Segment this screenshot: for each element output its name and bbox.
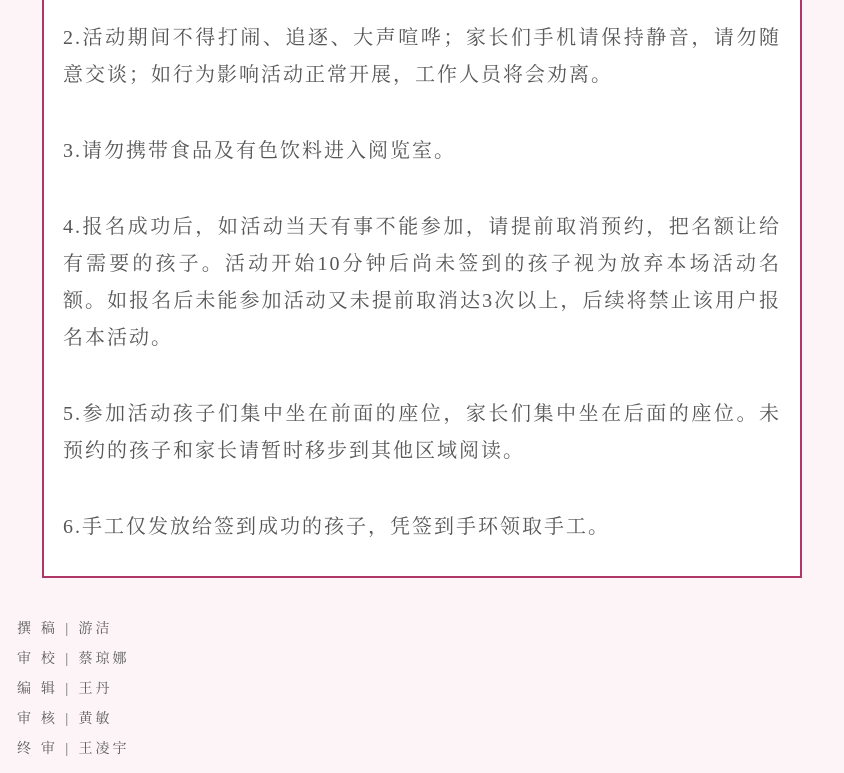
credit-name: 王凌宇 [79,740,130,756]
credit-line-proofreader: 审 校|蔡琼娜 [17,643,130,673]
article-page: 2.活动期间不得打闹、追逐、大声喧哗；家长们手机请保持静音，请勿随意交谈；如行为… [0,0,844,773]
rule-item-4: 4.报名成功后，如活动当天有事不能参加，请提前取消预约，把名额让给有需要的孩子。… [63,209,781,357]
credit-name: 游洁 [79,620,113,636]
credit-separator: | [65,710,72,726]
credit-separator: | [65,650,72,666]
credit-role: 审 校 [17,650,58,666]
credit-name: 黄敏 [79,710,113,726]
credit-line-reviewer: 审 核|黄敏 [17,703,130,733]
rule-item-5: 5.参加活动孩子们集中坐在前面的座位，家长们集中坐在后面的座位。未预约的孩子和家… [63,396,781,470]
credit-separator: | [65,620,72,636]
activity-rules-box: 2.活动期间不得打闹、追逐、大声喧哗；家长们手机请保持静音，请勿随意交谈；如行为… [42,0,802,578]
credit-role: 终 审 [17,740,58,756]
rule-item-2: 2.活动期间不得打闹、追逐、大声喧哗；家长们手机请保持静音，请勿随意交谈；如行为… [63,20,781,94]
rule-item-3: 3.请勿携带食品及有色饮料进入阅览室。 [63,133,781,170]
credit-name: 蔡琼娜 [79,650,130,666]
credit-name: 王丹 [79,680,113,696]
credit-line-final-reviewer: 终 审|王凌宇 [17,733,130,763]
credit-role: 编 辑 [17,680,58,696]
credit-role: 撰 稿 [17,620,58,636]
credit-separator: | [65,740,72,756]
credits-block: 撰 稿|游洁 审 校|蔡琼娜 编 辑|王丹 审 核|黄敏 终 审|王凌宇 [17,613,130,763]
credit-separator: | [65,680,72,696]
credit-role: 审 核 [17,710,58,726]
credit-line-editor: 编 辑|王丹 [17,673,130,703]
credit-line-writer: 撰 稿|游洁 [17,613,130,643]
rule-item-6: 6.手工仅发放给签到成功的孩子，凭签到手环领取手工。 [63,509,781,546]
